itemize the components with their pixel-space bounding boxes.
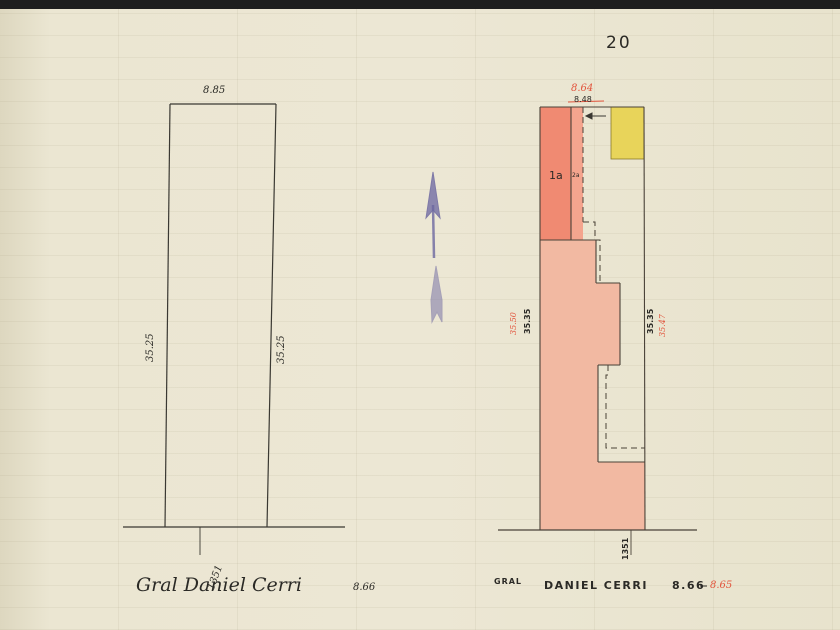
left-top-width: 8.85 (203, 86, 225, 96)
right-left-depth-corrected: 35.50 (510, 312, 518, 335)
left-depth-right: 35.25 (277, 335, 287, 364)
left-street-label: Gral Daniel Cerri (136, 576, 302, 595)
right-street-prefix: GRAL (494, 578, 522, 586)
left-lot-outline (123, 104, 345, 555)
north-arrow-icon (426, 172, 442, 322)
right-street-label: DANIEL CERRI (544, 580, 648, 591)
right-right-depth-corrected: 35.47 (659, 314, 667, 337)
parcel-label-1a: 1a (549, 170, 563, 181)
right-street-frontage: 8.66 (672, 580, 705, 591)
right-right-depth: 35.35 (647, 309, 655, 334)
page-number: 20 (606, 35, 632, 52)
left-street-frontage: 8.66 (353, 583, 375, 593)
right-top-width-corrected: 8.64 (571, 84, 593, 94)
right-top-width-original: 8.48 (574, 96, 592, 104)
right-street-frontage-corrected: 8.65 (710, 581, 732, 591)
left-depth-left: 35.25 (146, 333, 156, 362)
right-lot-number: 1351 (622, 538, 630, 560)
parcel-label-2a: 2a (572, 173, 580, 179)
right-left-depth: 35.35 (524, 309, 532, 334)
pointer-arrow-icon (586, 113, 606, 119)
plan-drawing (0, 0, 840, 630)
